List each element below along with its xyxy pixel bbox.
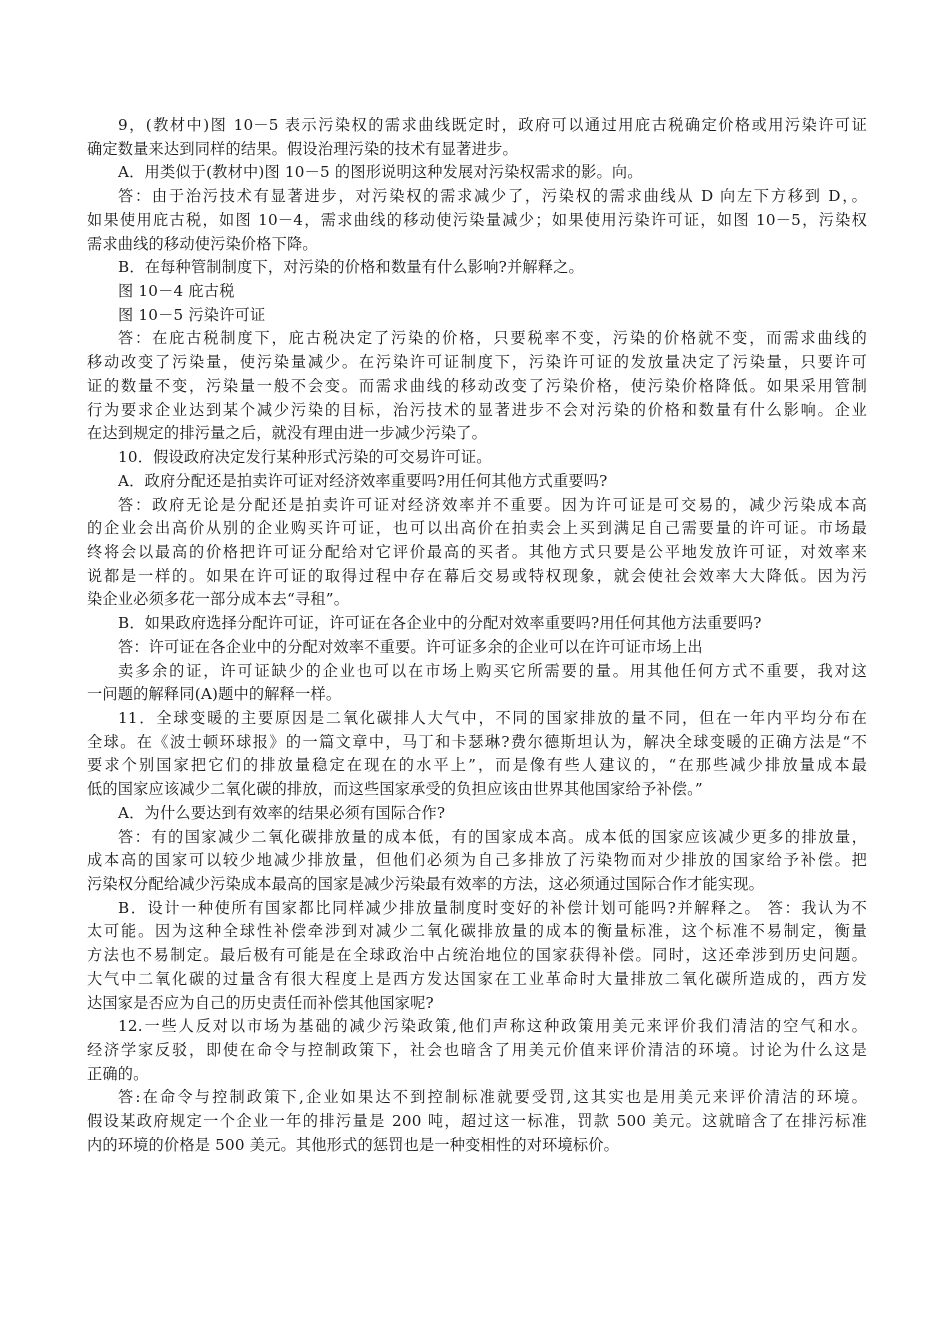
text-line: B．设计一种使所有国家都比同样减少排放量制度时变好的补偿计划可能吗?并解释之。 … [87,897,867,921]
text-line: 达国家是否应为自己的历史责任而补偿其他国家呢? [87,992,867,1016]
text-line: 污染权分配给减少污染成本最高的国家是减少污染最有效率的方法，这必须通过国际合作才… [87,873,867,897]
text-line: 答：许可证在各企业中的分配对效率不重要。许可证多余的企业可以在许可证市场上出 [87,636,867,660]
text-line: A．政府分配还是拍卖许可证对经济效率重要吗?用任何其他方式重要吗? [87,470,867,494]
text-line: 确定数量来达到同样的结果。假设治理污染的技术有显著进步。 [87,138,867,162]
text-line: 证的数量不变，污染量一般不会变。而需求曲线的移动改变了污染价格，使污染价格降低。… [87,375,867,399]
text-line: 行为要求企业达到某个减少污染的目标，治污技术的显著进步不会对污染的价格和数量有什… [87,399,867,423]
text-line: 移动改变了污染量，使污染量减少。在污染许可证制度下，污染许可证的发放量决定了污染… [87,351,867,375]
text-line: 低的国家应该减少二氧化碳的排放，而这些国家承受的负担应该由世界其他国家给予补偿。… [87,778,867,802]
text-line: 成本高的国家可以较少地减少排放量，但他们必须为自己多排放了污染物而对少排放的国家… [87,849,867,873]
text-line: 答：在庇古税制度下，庇古税决定了污染的价格，只要税率不变，污染的价格就不变，而需… [87,327,867,351]
text-line: 全球。在《波士顿环球报》的一篇文章中，马丁和卡瑟琳?费尔德斯坦认为，解决全球变暖… [87,731,867,755]
text-line: 答：政府无论是分配还是拍卖许可证对经济效率并不重要。因为许可证是可交易的，减少污… [87,494,867,518]
text-line: 如果使用庇古税，如图 10－4，需求曲线的移动使污染量减少；如果使用污染许可证，… [87,209,867,233]
text-line: 经济学家反驳，即使在命令与控制政策下，社会也暗含了用美元价值来评价清洁的环境。讨… [87,1039,867,1063]
text-line: 的企业会出高价从别的企业购买许可证，也可以出高价在拍卖会上买到满足自己需要量的许… [87,517,867,541]
text-line: 卖多余的证，许可证缺少的企业也可以在市场上购买它所需要的量。用其他任何方式不重要… [87,660,867,684]
text-line: 太可能。因为这种全球性补偿牵涉到对减少二氧化碳排放量的成本的衡量标准，这个标准不… [87,920,867,944]
text-line: 内的环境的价格是 500 美元。其他形式的惩罚也是一种变相性的对环境标价。 [87,1134,867,1158]
text-line: 图 10－5 污染许可证 [87,304,867,328]
text-line: 要求个别国家把它们的排放量稳定在现在的水平上”，而是像有些人建议的，“在那些减少… [87,754,867,778]
text-line: 正确的。 [87,1063,867,1087]
text-line: 一问题的解释同(A)题中的解释一样。 [87,683,867,707]
text-line: 假设某政府规定一个企业一年的排污量是 200 吨，超过这一标准，罚款 500 美… [87,1110,867,1134]
text-line: 答:在命令与控制政策下,企业如果达不到控制标准就要受罚,这其实也是用美元来评价清… [87,1086,867,1110]
text-line: B．在每种管制制度下，对污染的价格和数量有什么影响?并解释之。 [87,256,867,280]
document-page: 9，(教材中)图 10－5 表示污染权的需求曲线既定时，政府可以通过用庇古税确定… [87,114,867,1158]
text-line: 在达到规定的排污量之后，就没有理由进一步减少污染了。 [87,422,867,446]
text-line: 答：有的国家减少二氧化碳排放量的成本低，有的国家成本高。成本低的国家应该减少更多… [87,826,867,850]
text-line: 需求曲线的移动使污染价格下降。 [87,233,867,257]
text-line: 12.一些人反对以市场为基础的减少污染政策,他们声称这种政策用美元来评价我们清洁… [87,1015,867,1039]
text-line: B．如果政府选择分配许可证，许可证在各企业中的分配对效率重要吗?用任何其他方法重… [87,612,867,636]
text-line: A．用类似于(教材中)图 10－5 的图形说明这种发展对污染权需求的影。向。 [87,161,867,185]
text-line: 10．假设政府决定发行某种形式污染的可交易许可证。 [87,446,867,470]
text-line: 终将会以最高的价格把许可证分配给对它评价最高的买者。其他方式只要是公平地发放许可… [87,541,867,565]
text-line: 11．全球变暖的主要原因是二氧化碳排人大气中，不同的国家排放的量不同，但在一年内… [87,707,867,731]
text-line: A．为什么要达到有效率的结果必须有国际合作? [87,802,867,826]
text-line: 说都是一样的。如果在许可证的取得过程中存在幕后交易或特权现象，就会使社会效率大大… [87,565,867,589]
text-line: 染企业必须多花一部分成本去“寻租”。 [87,588,867,612]
text-line: 大气中二氧化碳的过量含有很大程度上是西方发达国家在工业革命时大量排放二氧化碳所造… [87,968,867,992]
text-line: 方法也不易制定。最后极有可能是在全球政治中占统治地位的国家获得补偿。同时，这还牵… [87,944,867,968]
text-line: 图 10－4 庇古税 [87,280,867,304]
text-line: 答：由于治污技术有显著进步，对污染权的需求减少了，污染权的需求曲线从 D 向左下… [87,185,867,209]
text-line: 9，(教材中)图 10－5 表示污染权的需求曲线既定时，政府可以通过用庇古税确定… [87,114,867,138]
